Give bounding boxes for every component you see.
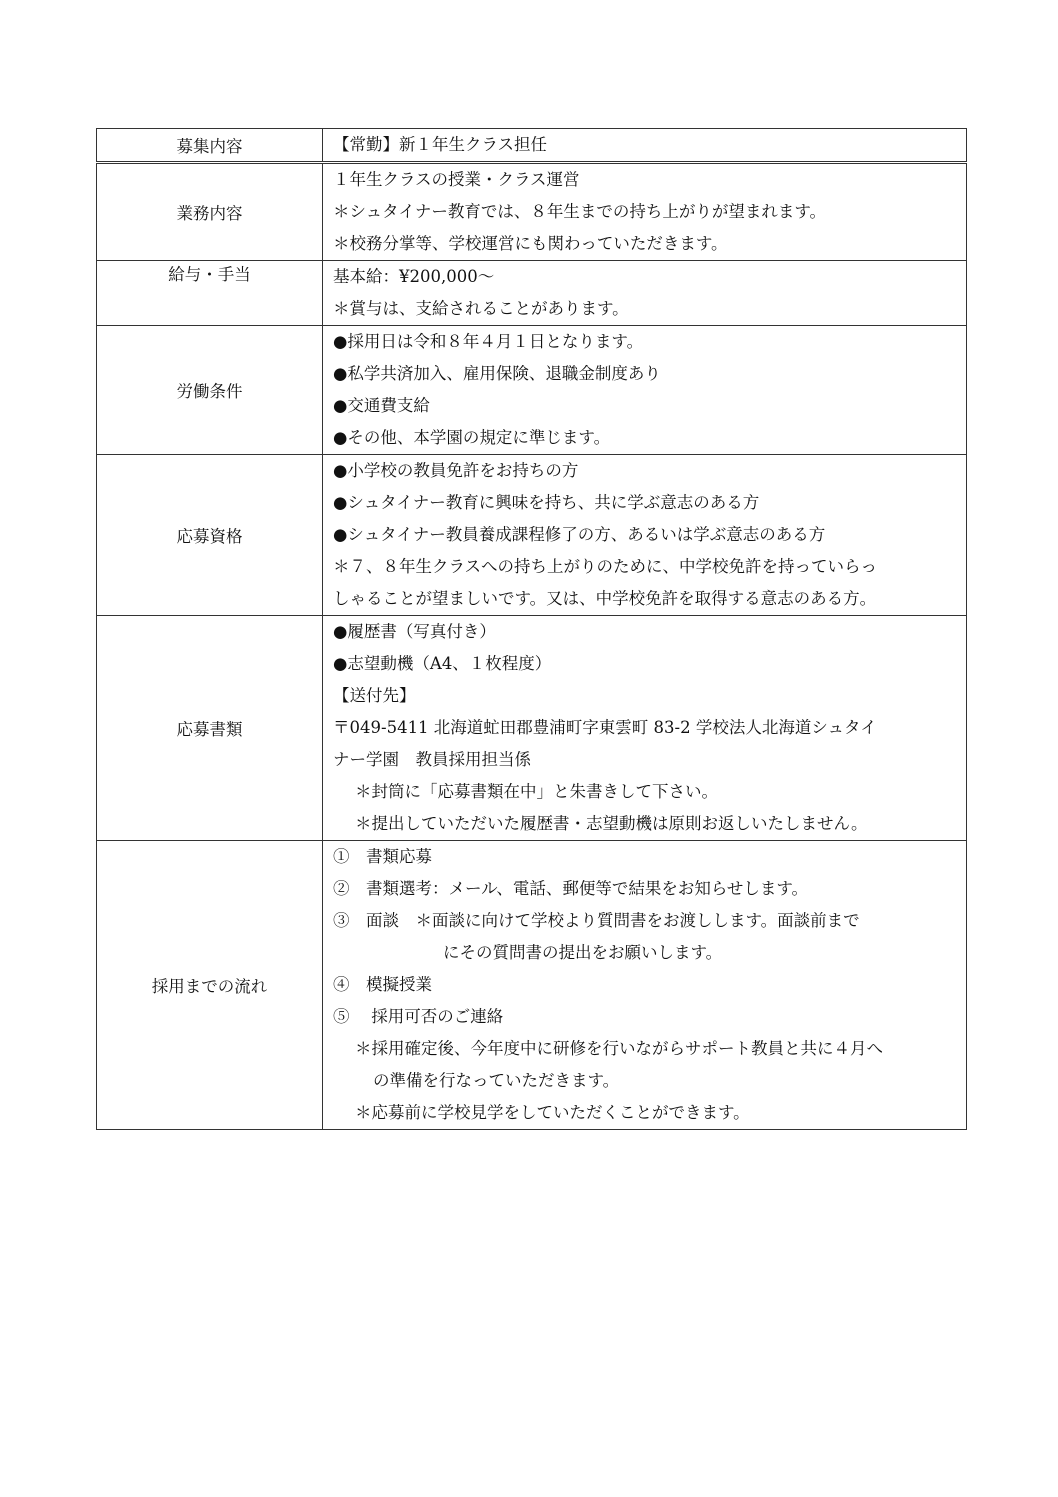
- row-content: ●小学校の教員免許をお持ちの方 ●シュタイナー教育に興味を持ち、共に学ぶ意志のあ…: [323, 455, 967, 616]
- content-line: １年生クラスの授業・クラス運営: [333, 164, 960, 196]
- recruitment-table: 募集内容 【常勤】新１年生クラス担任 業務内容 １年生クラスの授業・クラス運営 …: [96, 128, 967, 1130]
- step-2: ② 書類選考：メール、電話、郵便等で結果をお知らせします。: [333, 873, 960, 905]
- table-row-qualifications: 応募資格 ●小学校の教員免許をお持ちの方 ●シュタイナー教育に興味を持ち、共に学…: [97, 455, 967, 616]
- step-4: ④ 模擬授業: [333, 969, 960, 1001]
- table-row-job-duties: 業務内容 １年生クラスの授業・クラス運営 ＊シュタイナー教育では、８年生までの持…: [97, 163, 967, 261]
- content-line: ＊シュタイナー教育では、８年生までの持ち上がりが望まれます。: [333, 196, 960, 228]
- row-content: 【常勤】新１年生クラス担任: [323, 129, 967, 163]
- content-line: ＊封筒に「応募書類在中」と朱書きして下さい。: [333, 776, 960, 808]
- note-line-cont: の準備を行なっていただきます。: [333, 1065, 960, 1097]
- content-line: ●シュタイナー教育に興味を持ち、共に学ぶ意志のある方: [333, 487, 960, 519]
- content-line: ●私学共済加入、雇用保険、退職金制度あり: [333, 358, 960, 390]
- row-label: 業務内容: [97, 163, 323, 261]
- content-line: ●小学校の教員免許をお持ちの方: [333, 455, 960, 487]
- note-line: ＊応募前に学校見学をしていただくことができます。: [333, 1097, 960, 1129]
- content-line: ＊７、８年生クラスへの持ち上がりのために、中学校免許を持っていらっ: [333, 551, 960, 583]
- step-5: ⑤ 採用可否のご連絡: [333, 1001, 960, 1033]
- table-row-working-conditions: 労働条件 ●採用日は令和８年４月１日となります。 ●私学共済加入、雇用保険、退職…: [97, 326, 967, 455]
- content-line: ●シュタイナー教員養成課程修了の方、あるいは学ぶ意志のある方: [333, 519, 960, 551]
- content-line: ●採用日は令和８年４月１日となります。: [333, 326, 960, 358]
- table-row-salary: 給与・手当 基本給：¥200,000～ ＊賞与は、支給されることがあります。: [97, 261, 967, 326]
- content-line: 【常勤】新１年生クラス担任: [333, 129, 960, 161]
- content-line: ＊校務分掌等、学校運営にも関わっていただきます。: [333, 228, 960, 260]
- row-label: 応募資格: [97, 455, 323, 616]
- content-line: 【送付先】: [333, 680, 960, 712]
- content-line: 基本給：¥200,000～: [333, 261, 960, 293]
- step-3-cont: にその質問書の提出をお願いします。: [333, 937, 960, 969]
- table-row-application-documents: 応募書類 ●履歴書（写真付き） ●志望動機（A4、１枚程度） 【送付先】 〒04…: [97, 616, 967, 841]
- row-content: １年生クラスの授業・クラス運営 ＊シュタイナー教育では、８年生までの持ち上がりが…: [323, 163, 967, 261]
- row-label: 応募書類: [97, 616, 323, 841]
- row-content: 基本給：¥200,000～ ＊賞与は、支給されることがあります。: [323, 261, 967, 326]
- content-line: ＊賞与は、支給されることがあります。: [333, 293, 960, 325]
- row-content: ① 書類応募 ② 書類選考：メール、電話、郵便等で結果をお知らせします。 ③ 面…: [323, 841, 967, 1130]
- row-label: 採用までの流れ: [97, 841, 323, 1130]
- table-row-hiring-process: 採用までの流れ ① 書類応募 ② 書類選考：メール、電話、郵便等で結果をお知らせ…: [97, 841, 967, 1130]
- table-row-recruitment-content: 募集内容 【常勤】新１年生クラス担任: [97, 129, 967, 163]
- content-line: しゃることが望ましいです。又は、中学校免許を取得する意志のある方。: [333, 583, 960, 615]
- step-1: ① 書類応募: [333, 841, 960, 873]
- content-line: ●履歴書（写真付き）: [333, 616, 960, 648]
- content-line: ＊提出していただいた履歴書・志望動機は原則お返しいたしません。: [333, 808, 960, 840]
- content-line: ●志望動機（A4、１枚程度）: [333, 648, 960, 680]
- content-line: ●その他、本学園の規定に準じます。: [333, 422, 960, 454]
- row-content: ●採用日は令和８年４月１日となります。 ●私学共済加入、雇用保険、退職金制度あり…: [323, 326, 967, 455]
- note-line: ＊採用確定後、今年度中に研修を行いながらサポート教員と共に４月へ: [333, 1033, 960, 1065]
- row-label: 給与・手当: [97, 261, 323, 326]
- row-label: 労働条件: [97, 326, 323, 455]
- row-content: ●履歴書（写真付き） ●志望動機（A4、１枚程度） 【送付先】 〒049-541…: [323, 616, 967, 841]
- step-3: ③ 面談 ＊面談に向けて学校より質問書をお渡しします。面談前まで: [333, 905, 960, 937]
- content-line: ●交通費支給: [333, 390, 960, 422]
- row-label: 募集内容: [97, 129, 323, 163]
- mailing-address-cont: ナー学園 教員採用担当係: [333, 744, 960, 776]
- mailing-address: 〒049-5411 北海道虻田郡豊浦町字東雲町 83-2 学校法人北海道シュタイ: [333, 712, 960, 744]
